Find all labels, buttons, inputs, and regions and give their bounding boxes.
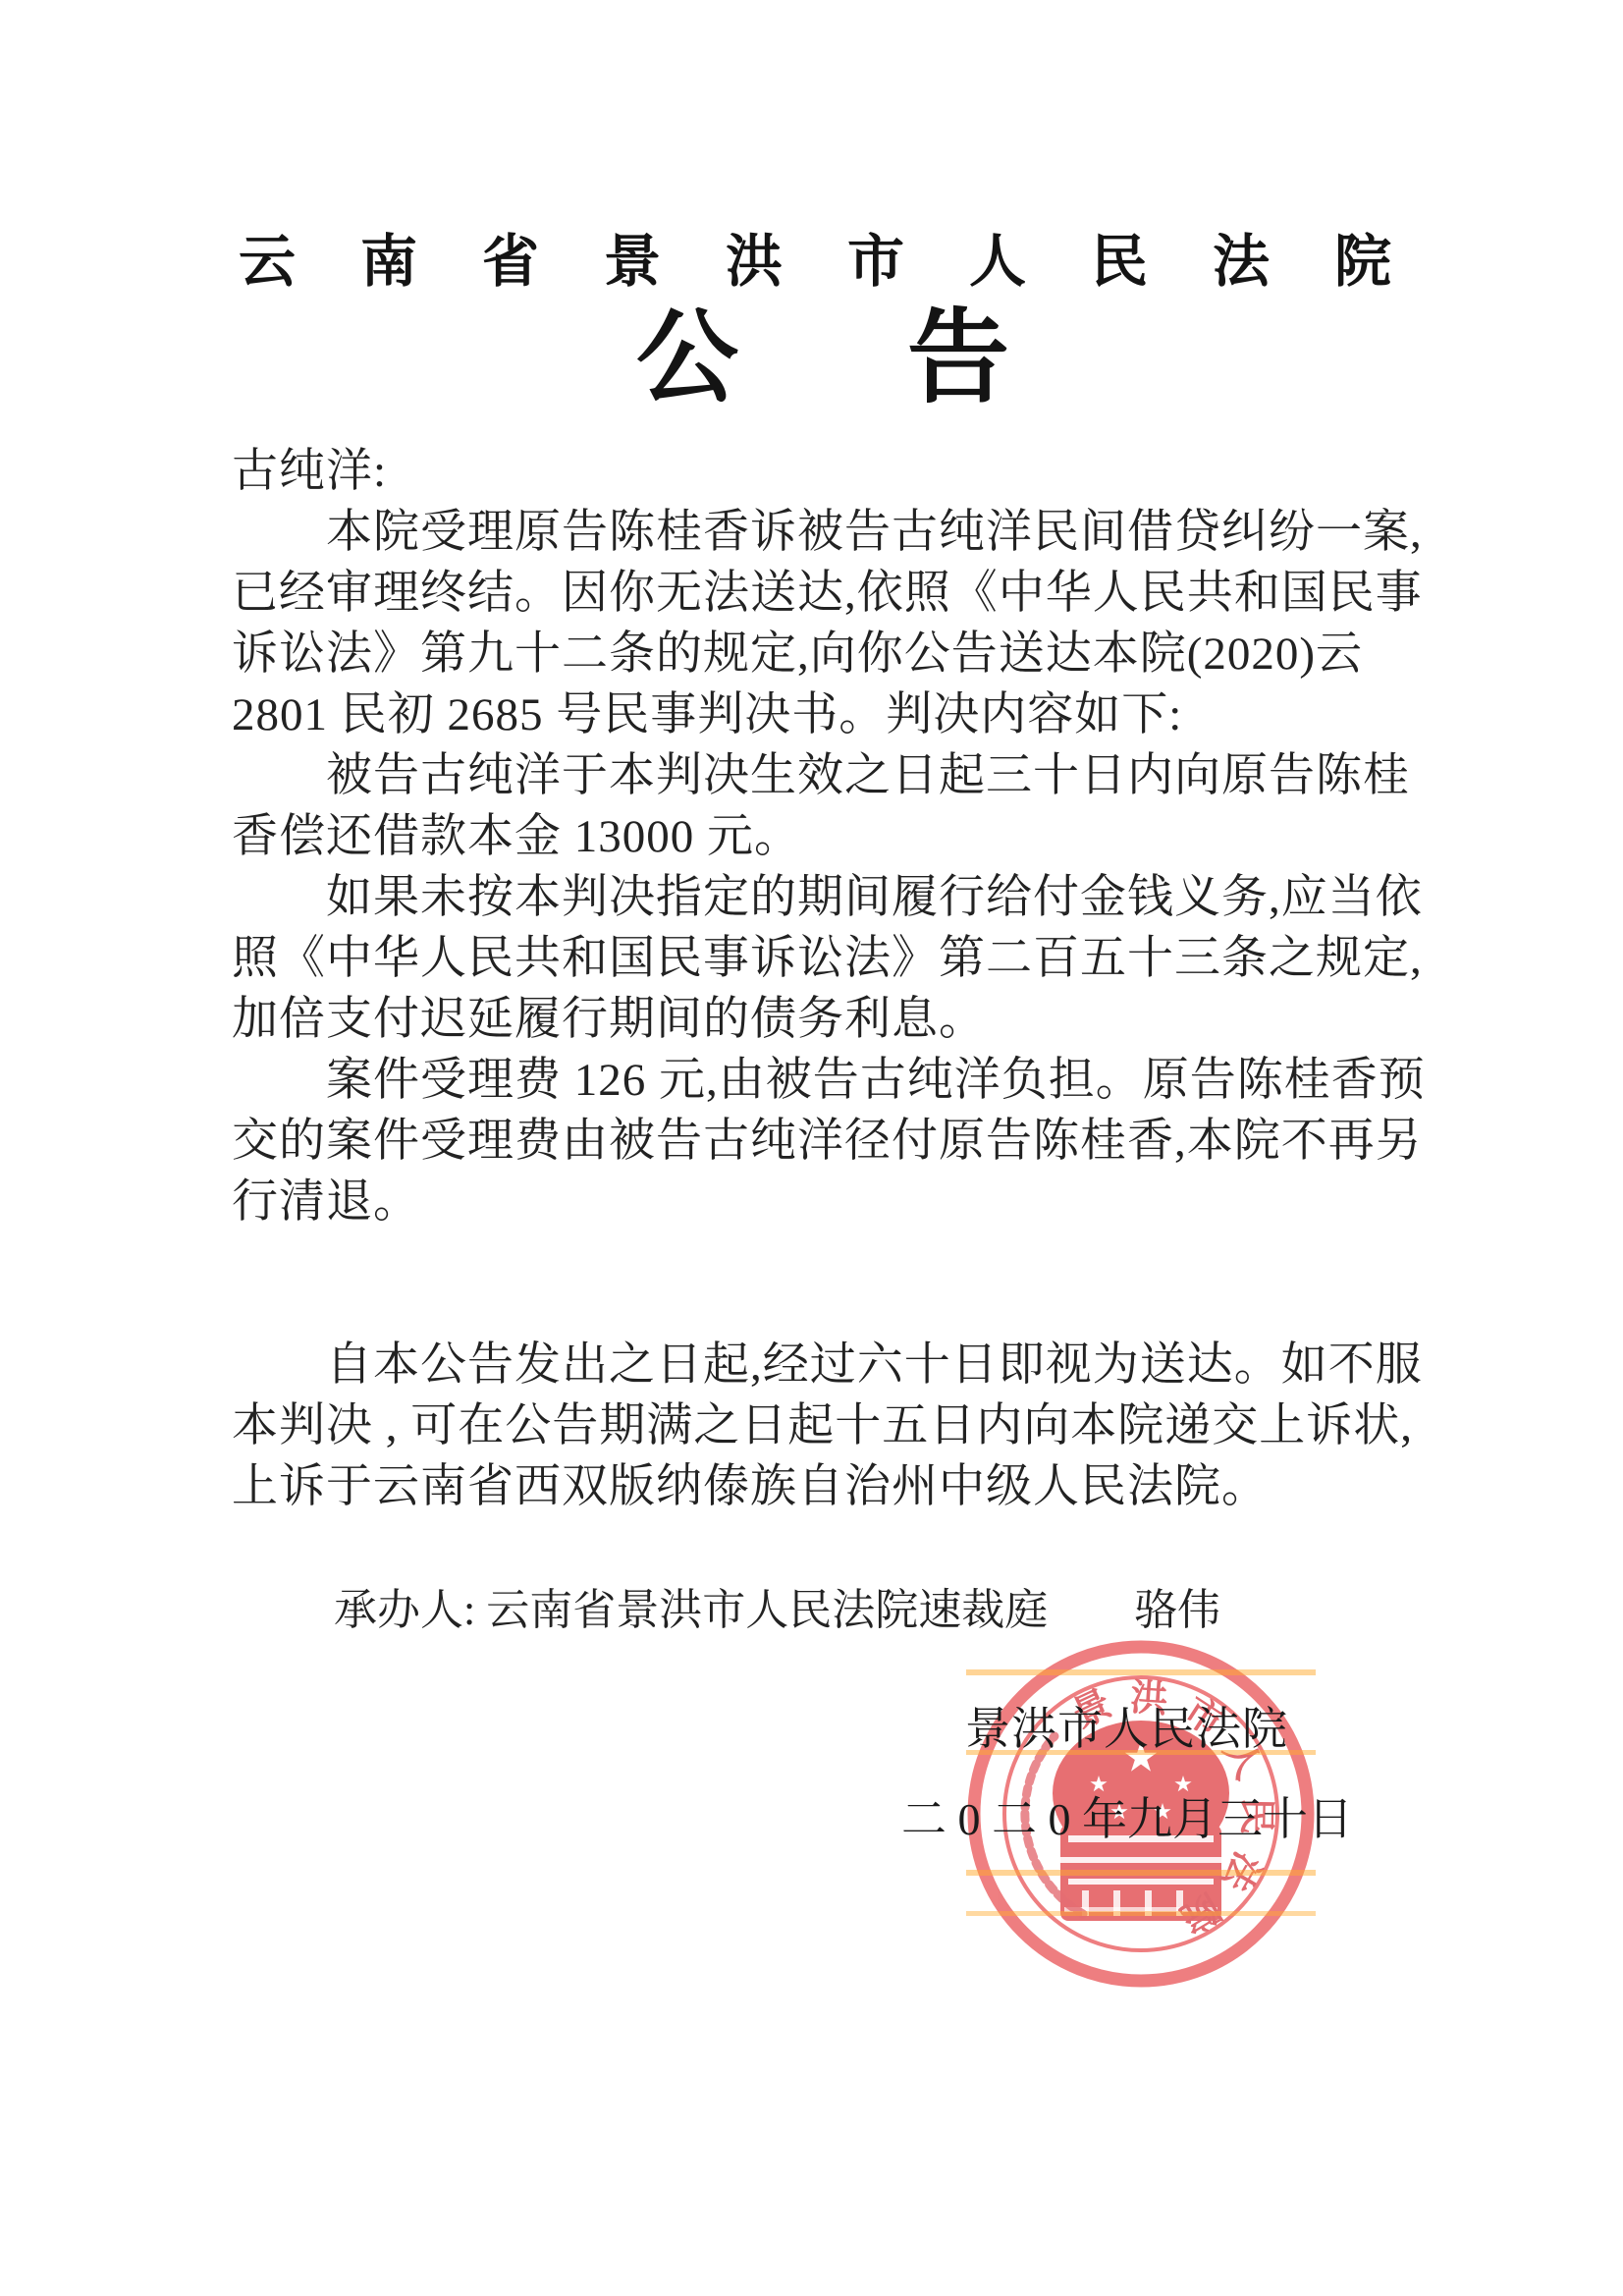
body-line-3: 诉讼法》第九十二条的规定,向你公告送达本院(2020)云	[232, 624, 1363, 684]
handler-office: 承办人: 云南省景洪市人民法院速裁庭	[334, 1580, 1048, 1641]
closing-line-3: 上诉于云南省西双版纳傣族自治州中级人民法院。	[232, 1456, 1269, 1517]
body-line-10: 案件受理费 126 元,由被告古纯洋负担。原告陈桂香预	[326, 1050, 1426, 1111]
body-line-12: 行清退。	[232, 1172, 420, 1232]
recipient-name: 古纯洋:	[232, 441, 387, 502]
body-line-1: 本院受理原告陈桂香诉被告古纯洋民间借贷纠纷一案,	[326, 502, 1423, 563]
body-line-11: 交的案件受理费由被告古纯洋径付原告陈桂香,本院不再另	[232, 1111, 1423, 1172]
closing-line-2: 本判决 , 可在公告期满之日起十五日内向本院递交上诉状,	[232, 1395, 1413, 1456]
body-line-6: 香偿还借款本金 13000 元。	[232, 806, 801, 867]
handler-name: 骆伟	[1134, 1580, 1220, 1641]
court-title: 云南省景洪市人民法院	[239, 232, 1456, 293]
signature-court-name: 景洪市人民法院	[965, 1699, 1288, 1760]
body-line-5: 被告古纯洋于本判决生效之日起三十日内向原告陈桂	[326, 745, 1410, 806]
announcement-title: 公告	[636, 298, 1009, 419]
announcement-title-char-1: 公	[636, 301, 738, 415]
body-line-7: 如果未按本判决指定的期间履行给付金钱义务,应当依	[326, 867, 1423, 928]
body-line-9: 加倍支付迟延履行期间的债务利息。	[232, 989, 986, 1050]
announcement-title-char-2: 告	[907, 301, 1009, 415]
signature-date: 二 0 二 0 年九月三十日	[901, 1789, 1353, 1850]
closing-line-1: 自本公告发出之日起,经过六十日即视为送达。如不服	[326, 1335, 1423, 1395]
body-line-2: 已经审理终结。因你无法送达,依照《中华人民共和国民事	[232, 563, 1423, 624]
body-line-4: 2801 民初 2685 号民事判决书。判决内容如下:	[232, 684, 1182, 745]
body-line-8: 照《中华人民共和国民事诉讼法》第二百五十三条之规定,	[232, 928, 1423, 989]
court-announcement-page: 云南省景洪市人民法院 公告 古纯洋: 本院受理原告陈桂香诉被告古纯洋民间借贷纠纷…	[0, 0, 1623, 2296]
